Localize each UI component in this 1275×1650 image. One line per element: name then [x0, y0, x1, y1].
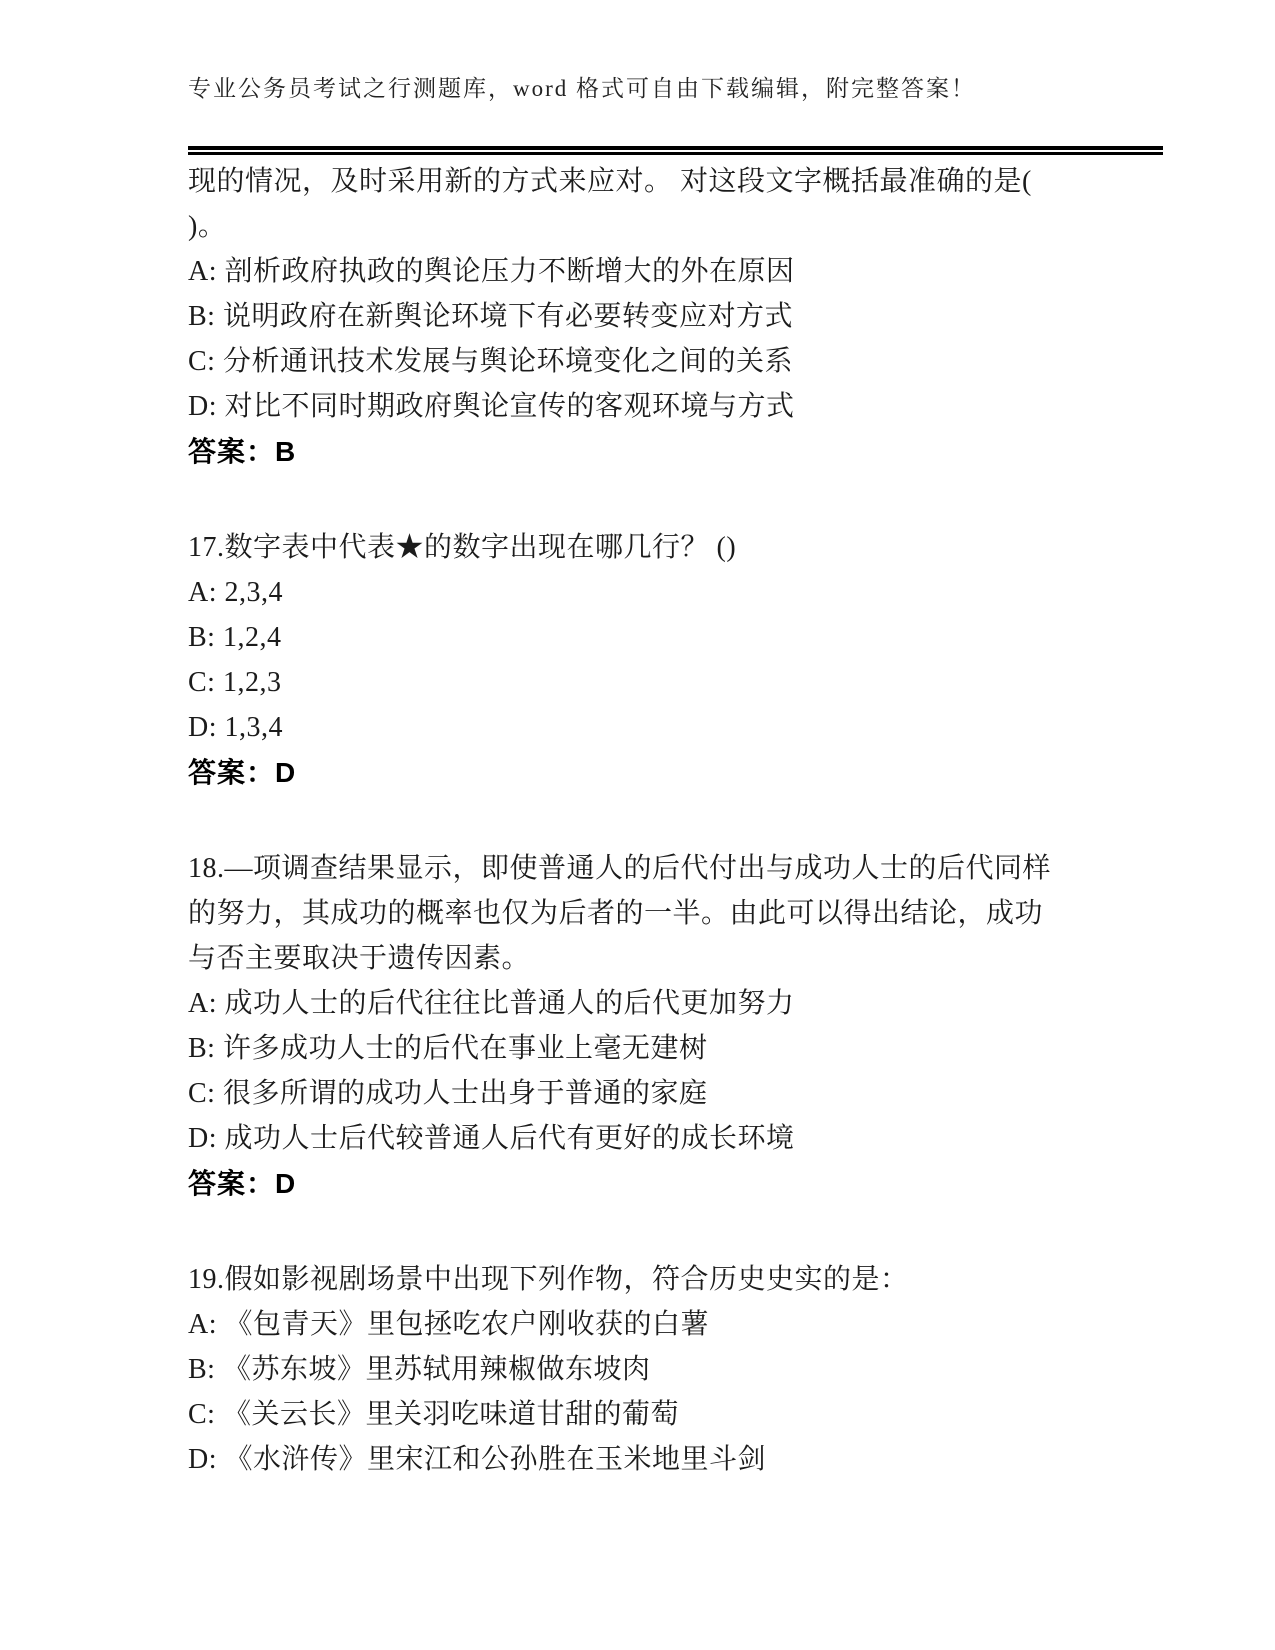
- question-line: B: 1,2,4: [188, 615, 1163, 660]
- question-line: C: 很多所谓的成功人士出身于普通的家庭: [188, 1071, 1163, 1116]
- question-line: 17.数字表中代表★的数字出现在哪几行？ (): [188, 525, 1163, 570]
- answer-line: 答案：D: [188, 1161, 1163, 1206]
- question-line: C: 《关云长》里关羽吃味道甘甜的葡萄: [188, 1392, 1163, 1437]
- question-line: B: 说明政府在新舆论环境下有必要转变应对方式: [188, 294, 1163, 339]
- question-line: 的努力，其成功的概率也仅为后者的一半。由此可以得出结论，成功: [188, 891, 1163, 936]
- question-block: 现的情况，及时采用新的方式来应对。 对这段文字概括最准确的是()。A: 剖析政府…: [188, 159, 1163, 474]
- question-line: D: 1,3,4: [188, 705, 1163, 750]
- answer-line: 答案：B: [188, 429, 1163, 474]
- question-line: A: 剖析政府执政的舆论压力不断增大的外在原因: [188, 249, 1163, 294]
- question-line: D: 对比不同时期政府舆论宣传的客观环境与方式: [188, 384, 1163, 429]
- question-line: C: 1,2,3: [188, 660, 1163, 705]
- document-page: 专业公务员考试之行测题库，word 格式可自由下载编辑，附完整答案！ 现的情况，…: [0, 0, 1275, 1650]
- question-line: B: 许多成功人士的后代在事业上毫无建树: [188, 1026, 1163, 1071]
- question-block: 17.数字表中代表★的数字出现在哪几行？ ()A: 2,3,4B: 1,2,4C…: [188, 525, 1163, 795]
- question-line: A: 2,3,4: [188, 570, 1163, 615]
- question-line: D: 成功人士后代较普通人后代有更好的成长环境: [188, 1116, 1163, 1161]
- header-double-rule: [188, 146, 1163, 155]
- question-line: A: 《包青天》里包拯吃农户刚收获的白薯: [188, 1302, 1163, 1347]
- question-line: D: 《水浒传》里宋江和公孙胜在玉米地里斗剑: [188, 1437, 1163, 1482]
- question-line: A: 成功人士的后代往往比普通人的后代更加努力: [188, 981, 1163, 1026]
- header-note: 专业公务员考试之行测题库，word 格式可自由下载编辑，附完整答案！: [188, 73, 1163, 104]
- question-line: 18.—项调查结果显示，即使普通人的后代付出与成功人士的后代同样: [188, 846, 1163, 891]
- question-line: 现的情况，及时采用新的方式来应对。 对这段文字概括最准确的是(: [188, 159, 1163, 204]
- question-line: )。: [188, 204, 1163, 249]
- question-line: C: 分析通讯技术发展与舆论环境变化之间的关系: [188, 339, 1163, 384]
- answer-line: 答案：D: [188, 750, 1163, 795]
- question-line: 与否主要取决于遗传因素。: [188, 936, 1163, 981]
- question-line: B: 《苏东坡》里苏轼用辣椒做东坡肉: [188, 1347, 1163, 1392]
- question-block: 18.—项调查结果显示，即使普通人的后代付出与成功人士的后代同样的努力，其成功的…: [188, 846, 1163, 1206]
- question-line: 19.假如影视剧场景中出现下列作物，符合历史史实的是：: [188, 1257, 1163, 1302]
- question-block: 19.假如影视剧场景中出现下列作物，符合历史史实的是：A: 《包青天》里包拯吃农…: [188, 1257, 1163, 1482]
- questions-list: 现的情况，及时采用新的方式来应对。 对这段文字概括最准确的是()。A: 剖析政府…: [188, 159, 1163, 1482]
